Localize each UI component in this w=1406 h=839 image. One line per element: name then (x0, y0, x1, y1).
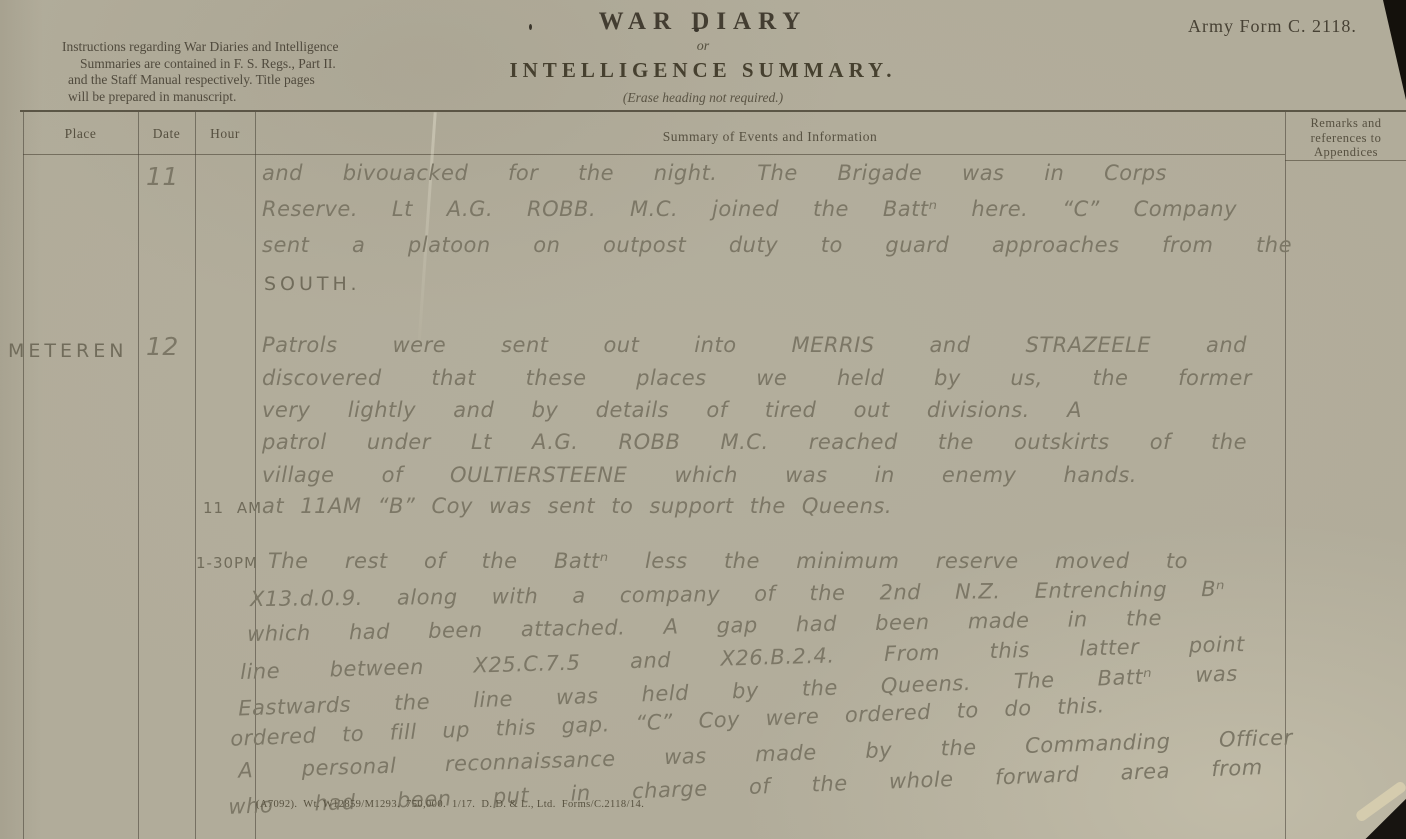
entry-hour: 1-30PM (196, 554, 258, 572)
diary-line: discovered that these places we held by … (262, 366, 1252, 390)
entry-place: METEREN (8, 340, 127, 362)
form-erase-note: (Erase heading not required.) (453, 90, 953, 106)
col-header-hour: Hour (195, 126, 255, 142)
diary-line: Reserve. Lt A.G. ROBB. M.C. joined the B… (262, 197, 1237, 221)
diary-line: very lightly and by details of tired out… (262, 398, 1082, 422)
printer-imprint: (A7092). Wt. W12859/M1293. 750,000. 1/17… (256, 799, 644, 810)
diary-line: SOUTH. (264, 273, 361, 295)
form-subtitle: INTELLIGENCE SUMMARY. (453, 58, 953, 83)
ink-speck (694, 28, 699, 32)
diary-line: patrol under Lt A.G. ROBB M.C. reached t… (262, 430, 1247, 454)
diary-line: and bivouacked for the night. The Brigad… (262, 161, 1167, 185)
ink-speck (529, 24, 532, 30)
instructions-line: and the Staff Manual respectively. Title… (62, 72, 338, 89)
remarks-underline (1285, 160, 1406, 161)
form-title-or: or (453, 39, 953, 55)
army-form-number: Army Form C. 2118. (1188, 16, 1357, 37)
scan-corner-top-right (1383, 0, 1406, 100)
form-title: WAR DIARY (453, 8, 953, 36)
col-header-place: Place (23, 126, 138, 142)
diary-line: The rest of the Battⁿ less the minimum r… (268, 549, 1188, 573)
entry-date: 12 (146, 332, 179, 361)
entry-hour: 11 AM (203, 499, 262, 517)
instructions-block: Instructions regarding War Diaries and I… (62, 39, 338, 105)
entry-date: 11 (146, 162, 179, 191)
instructions-line: Summaries are contained in F. S. Regs., … (62, 56, 338, 73)
col-header-summary: Summary of Events and Information (255, 129, 1285, 145)
table-top-rule (20, 110, 1406, 112)
table-left-border (23, 112, 24, 839)
form-title-block: WAR DIARY or INTELLIGENCE SUMMARY. (Eras… (453, 8, 953, 106)
col-header-date: Date (138, 126, 195, 142)
header-underline (23, 154, 1285, 155)
col-divider-date-hour (195, 112, 196, 839)
instructions-line: will be prepared in manuscript. (62, 89, 338, 106)
diary-line: Patrols were sent out into MERRIS and ST… (262, 333, 1247, 357)
col-divider-place-date (138, 112, 139, 839)
col-header-remarks: Remarks and references to Appendices (1290, 116, 1402, 160)
diary-line: X13.d.0.9. along with a company of the 2… (250, 577, 1225, 611)
instructions-line: Instructions regarding War Diaries and I… (62, 39, 338, 56)
diary-line: sent a platoon on outpost duty to guard … (262, 233, 1292, 257)
diary-line: at 11AM “B” Coy was sent to support the … (262, 494, 892, 518)
diary-line: village of OULTIERSTEENE which was in en… (262, 463, 1137, 487)
war-diary-page: Army Form C. 2118. WAR DIARY or INTELLIG… (0, 0, 1406, 839)
